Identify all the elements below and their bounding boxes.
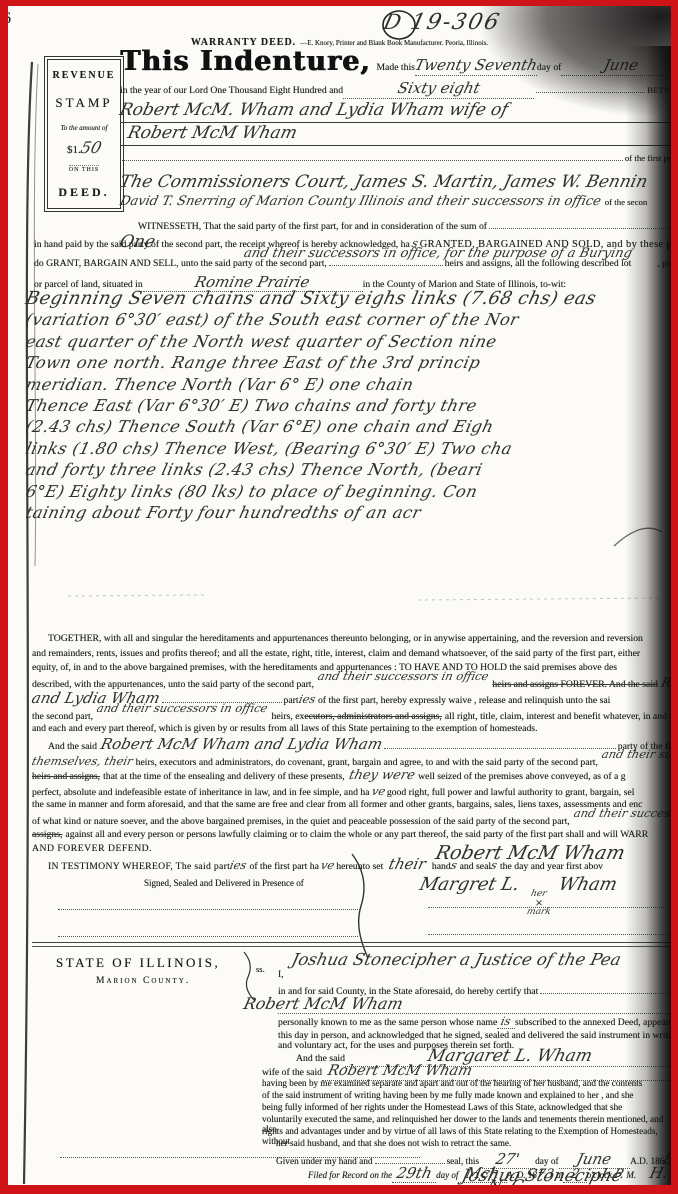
description-line: east quarter of the North west quarter o… <box>24 331 499 352</box>
grantors-covenant-handwritten: Robert McM Wham and Lydia Wham <box>99 737 384 752</box>
ve-handwritten: ve <box>370 784 387 799</box>
filing-day-of: day of <box>436 1170 458 1180</box>
corner-page-number: 6 <box>8 10 11 28</box>
description-line: Town one north. Range three East of the … <box>24 352 483 373</box>
filing-oclock: o'clock <box>587 1170 612 1180</box>
filing-at: at <box>556 1170 563 1180</box>
corner-scan-shadow <box>481 6 671 116</box>
deed-page: 6 D19-306 WARRANTY DEED. —E. Knory, Prin… <box>8 6 671 1185</box>
description-line: meridian. Thence North (Var 6° E) one ch… <box>24 374 416 395</box>
their-handwritten: their <box>388 857 428 872</box>
year-line-label: in the year of our Lord One Thousand Eig… <box>120 85 343 96</box>
deed-label: DEED. <box>58 185 109 200</box>
grantee-line-1-handwritten: The Commissioners Court, James S. Martin… <box>118 172 650 192</box>
stamp-amount-handwritten: 50 <box>78 138 103 157</box>
description-line: Beginning Seven chains and Sixty eighs l… <box>24 288 599 309</box>
her-mark-top: her <box>530 889 548 899</box>
filing-blank-line <box>60 1156 420 1158</box>
testimony-b: of the first part ha <box>250 860 319 875</box>
state-heading: STATE OF ILLINOIS, <box>56 955 220 971</box>
filing-year-handwritten: 73 <box>535 1167 555 1182</box>
made-this-label: Made this <box>376 62 414 73</box>
filing-record-line: Filed for Record on the 29th day of Mch … <box>308 1164 668 1183</box>
well-seized-clause: well seized of the premises above convey… <box>418 770 625 785</box>
warrant-clause: against all and every person or persons … <box>65 828 648 843</box>
themselves-handwritten: themselves, their <box>30 754 134 769</box>
witness-line-1 <box>58 908 358 910</box>
free-and-clear-clause: the same in manner and form aforesaid, a… <box>32 798 642 813</box>
together-clause-2: and remainders, rents, issues and profit… <box>32 647 640 662</box>
homestead-para-6: her said husband, and that she does not … <box>276 1138 511 1148</box>
scan-red-frame: 6 D19-306 WARRANTY DEED. —E. Knory, Prin… <box>0 0 678 1194</box>
bottom-cutoff-handwriting: N. C. <box>486 1176 530 1185</box>
book-gutter-shadow <box>625 46 671 1185</box>
this-indenture-heading: This Indenture, <box>120 46 370 77</box>
witness-line-2 <box>58 935 358 937</box>
filing-time-handwritten: 2 <box>569 1167 581 1182</box>
revenue-stamp-box: REVENUE STAMP To the amount of $1.50 ON … <box>44 56 124 212</box>
year-handwritten: Sixty eight <box>396 79 482 97</box>
granting-clause: in hand paid by the said party of the se… <box>34 236 671 292</box>
signature-margret-wham: Margret L. her × mark Wham <box>420 874 617 917</box>
property-description-handwritten: Beginning Seven chains and Sixty eighs l… <box>26 288 671 523</box>
forever-defend: AND FOREVER DEFEND. <box>32 842 152 857</box>
witness-attestation-label: Signed, Sealed and Delivered in Presence… <box>144 878 304 888</box>
description-line: (variation 6°30′ east) of the South east… <box>24 309 522 330</box>
circled-d-mark: D <box>381 10 403 34</box>
grantor-names-handwritten: Robert McM. Wham and Lydia Wham wife of <box>118 100 510 120</box>
her-mark-bottom: mark <box>526 907 552 917</box>
ies-handwritten: ies <box>297 692 317 707</box>
is-handwritten: is <box>500 1014 513 1028</box>
filing-day-handwritten: 29th <box>395 1164 434 1182</box>
husband-name-handwritten: Robert McM Wham <box>326 1063 474 1079</box>
struck-heirs-assigns: heirs and assigns, <box>32 770 100 785</box>
county-heading: Marion County. <box>96 976 190 986</box>
acknowledged-person-handwritten: Robert McM Wham <box>242 994 405 1013</box>
ss-abbrev: ss. <box>256 964 265 974</box>
description-line: taining about Forty four hundredths of a… <box>24 502 424 523</box>
description-line: 6°E) Eighty links (80 lks) to place of b… <box>24 481 480 502</box>
testimony-ies: ies <box>228 858 248 873</box>
grantor-repeat-handwritten: Robert McM Wham <box>126 123 299 143</box>
struck-assigns: assigns, <box>32 828 62 843</box>
testimony-ve: ve <box>319 858 336 873</box>
grantee-line-2-handwritten: David T. Snerring of Marion County Illin… <box>118 194 602 209</box>
signature-robert-wham: Robert McM Wham <box>433 842 627 864</box>
description-line: links (1.80 chs) Thence West, (Bearing 6… <box>24 438 515 459</box>
revenue-label: REVENUE <box>53 70 116 81</box>
officer-name-handwritten: Joshua Stonecipher a Justice of the Pea <box>290 950 623 969</box>
wife-of-label: wife of the said <box>262 1067 322 1078</box>
interline-successors-2: and their successors in office <box>316 669 490 684</box>
description-line: Thence East (Var 6°30′ E) Two chains and… <box>24 395 480 416</box>
filed-for-record-label: Filed for Record on the <box>308 1170 392 1180</box>
ensealing-clause: that at the time of the ensealing and de… <box>103 770 345 785</box>
description-line: and forty three links (2.43 chs) Thence … <box>24 459 485 480</box>
and-the-said-label: And the said <box>48 740 97 755</box>
homestead-para-1: having been by me examined separate and … <box>262 1078 642 1088</box>
interline-successors-3: and their successors in office <box>95 701 269 716</box>
amount-label: To the amount of <box>61 124 108 132</box>
testimony-c: hereunto set <box>336 860 383 875</box>
interline-successors-note: and their successors in office, for the … <box>244 244 632 262</box>
section-divider-rule <box>32 942 671 947</box>
stamp-label: STAMP <box>55 95 112 111</box>
they-were-handwritten: they were <box>347 769 416 784</box>
i-label: I, <box>278 970 284 980</box>
homestead-para-2: of the said instrument of writing having… <box>262 1090 634 1100</box>
waive-release-clause: of the first part, hereby expressly waiv… <box>318 694 610 709</box>
homestead-para-3: being fully informed of her rights under… <box>262 1102 622 1112</box>
witnesseth-clause: WITNESSETH, That the said party of the f… <box>138 221 487 232</box>
description-line: (2.43 chs) Thence South (Var 6°E) one ch… <box>24 416 496 437</box>
together-clause-1: TOGETHER, with all and singular the here… <box>48 632 643 647</box>
on-this-label: ON THIS <box>69 165 99 173</box>
habendum-covenants-block: TOGETHER, with all and singular the here… <box>32 632 671 875</box>
testimony-a: IN TESTIMONY WHEREOF, The said part <box>48 860 230 875</box>
